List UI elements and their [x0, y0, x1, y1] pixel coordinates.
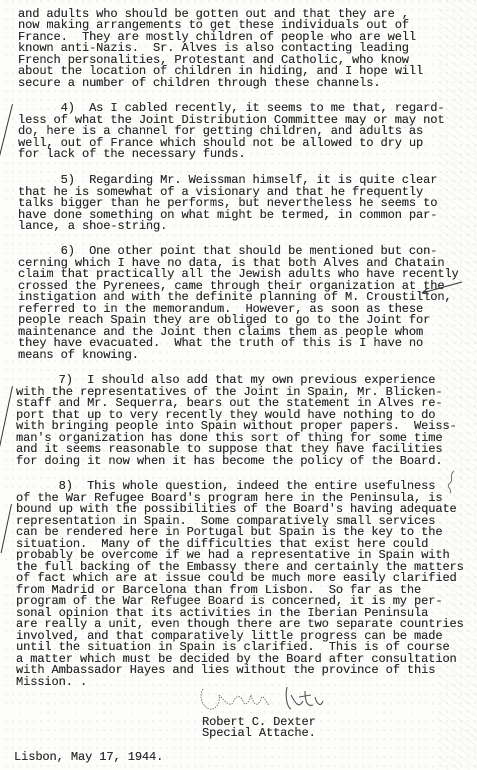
margin-mark-para-4 — [0, 104, 13, 161]
margin-mark-para-7 — [0, 386, 13, 453]
handwritten-arrow-icon — [418, 280, 464, 296]
text-line: means of knowing. — [18, 350, 139, 361]
text-line: secure a number of children through thes… — [18, 78, 380, 89]
handwritten-signature — [195, 683, 330, 717]
text-line: for lack of the necessary funds. — [18, 149, 245, 160]
text-line: lance, a shoe-string. — [18, 221, 167, 232]
text-line: Mission. . — [16, 677, 87, 688]
document-page: and adults who should be gotten out and … — [0, 0, 477, 770]
handwritten-squiggle-icon — [445, 470, 457, 494]
text-line: Lisbon, May 17, 1944. — [14, 752, 163, 763]
text-line: Special Attache. — [202, 728, 316, 739]
text-line: for doing it now when it has become the … — [16, 456, 442, 467]
margin-mark-para-8 — [1, 504, 12, 553]
